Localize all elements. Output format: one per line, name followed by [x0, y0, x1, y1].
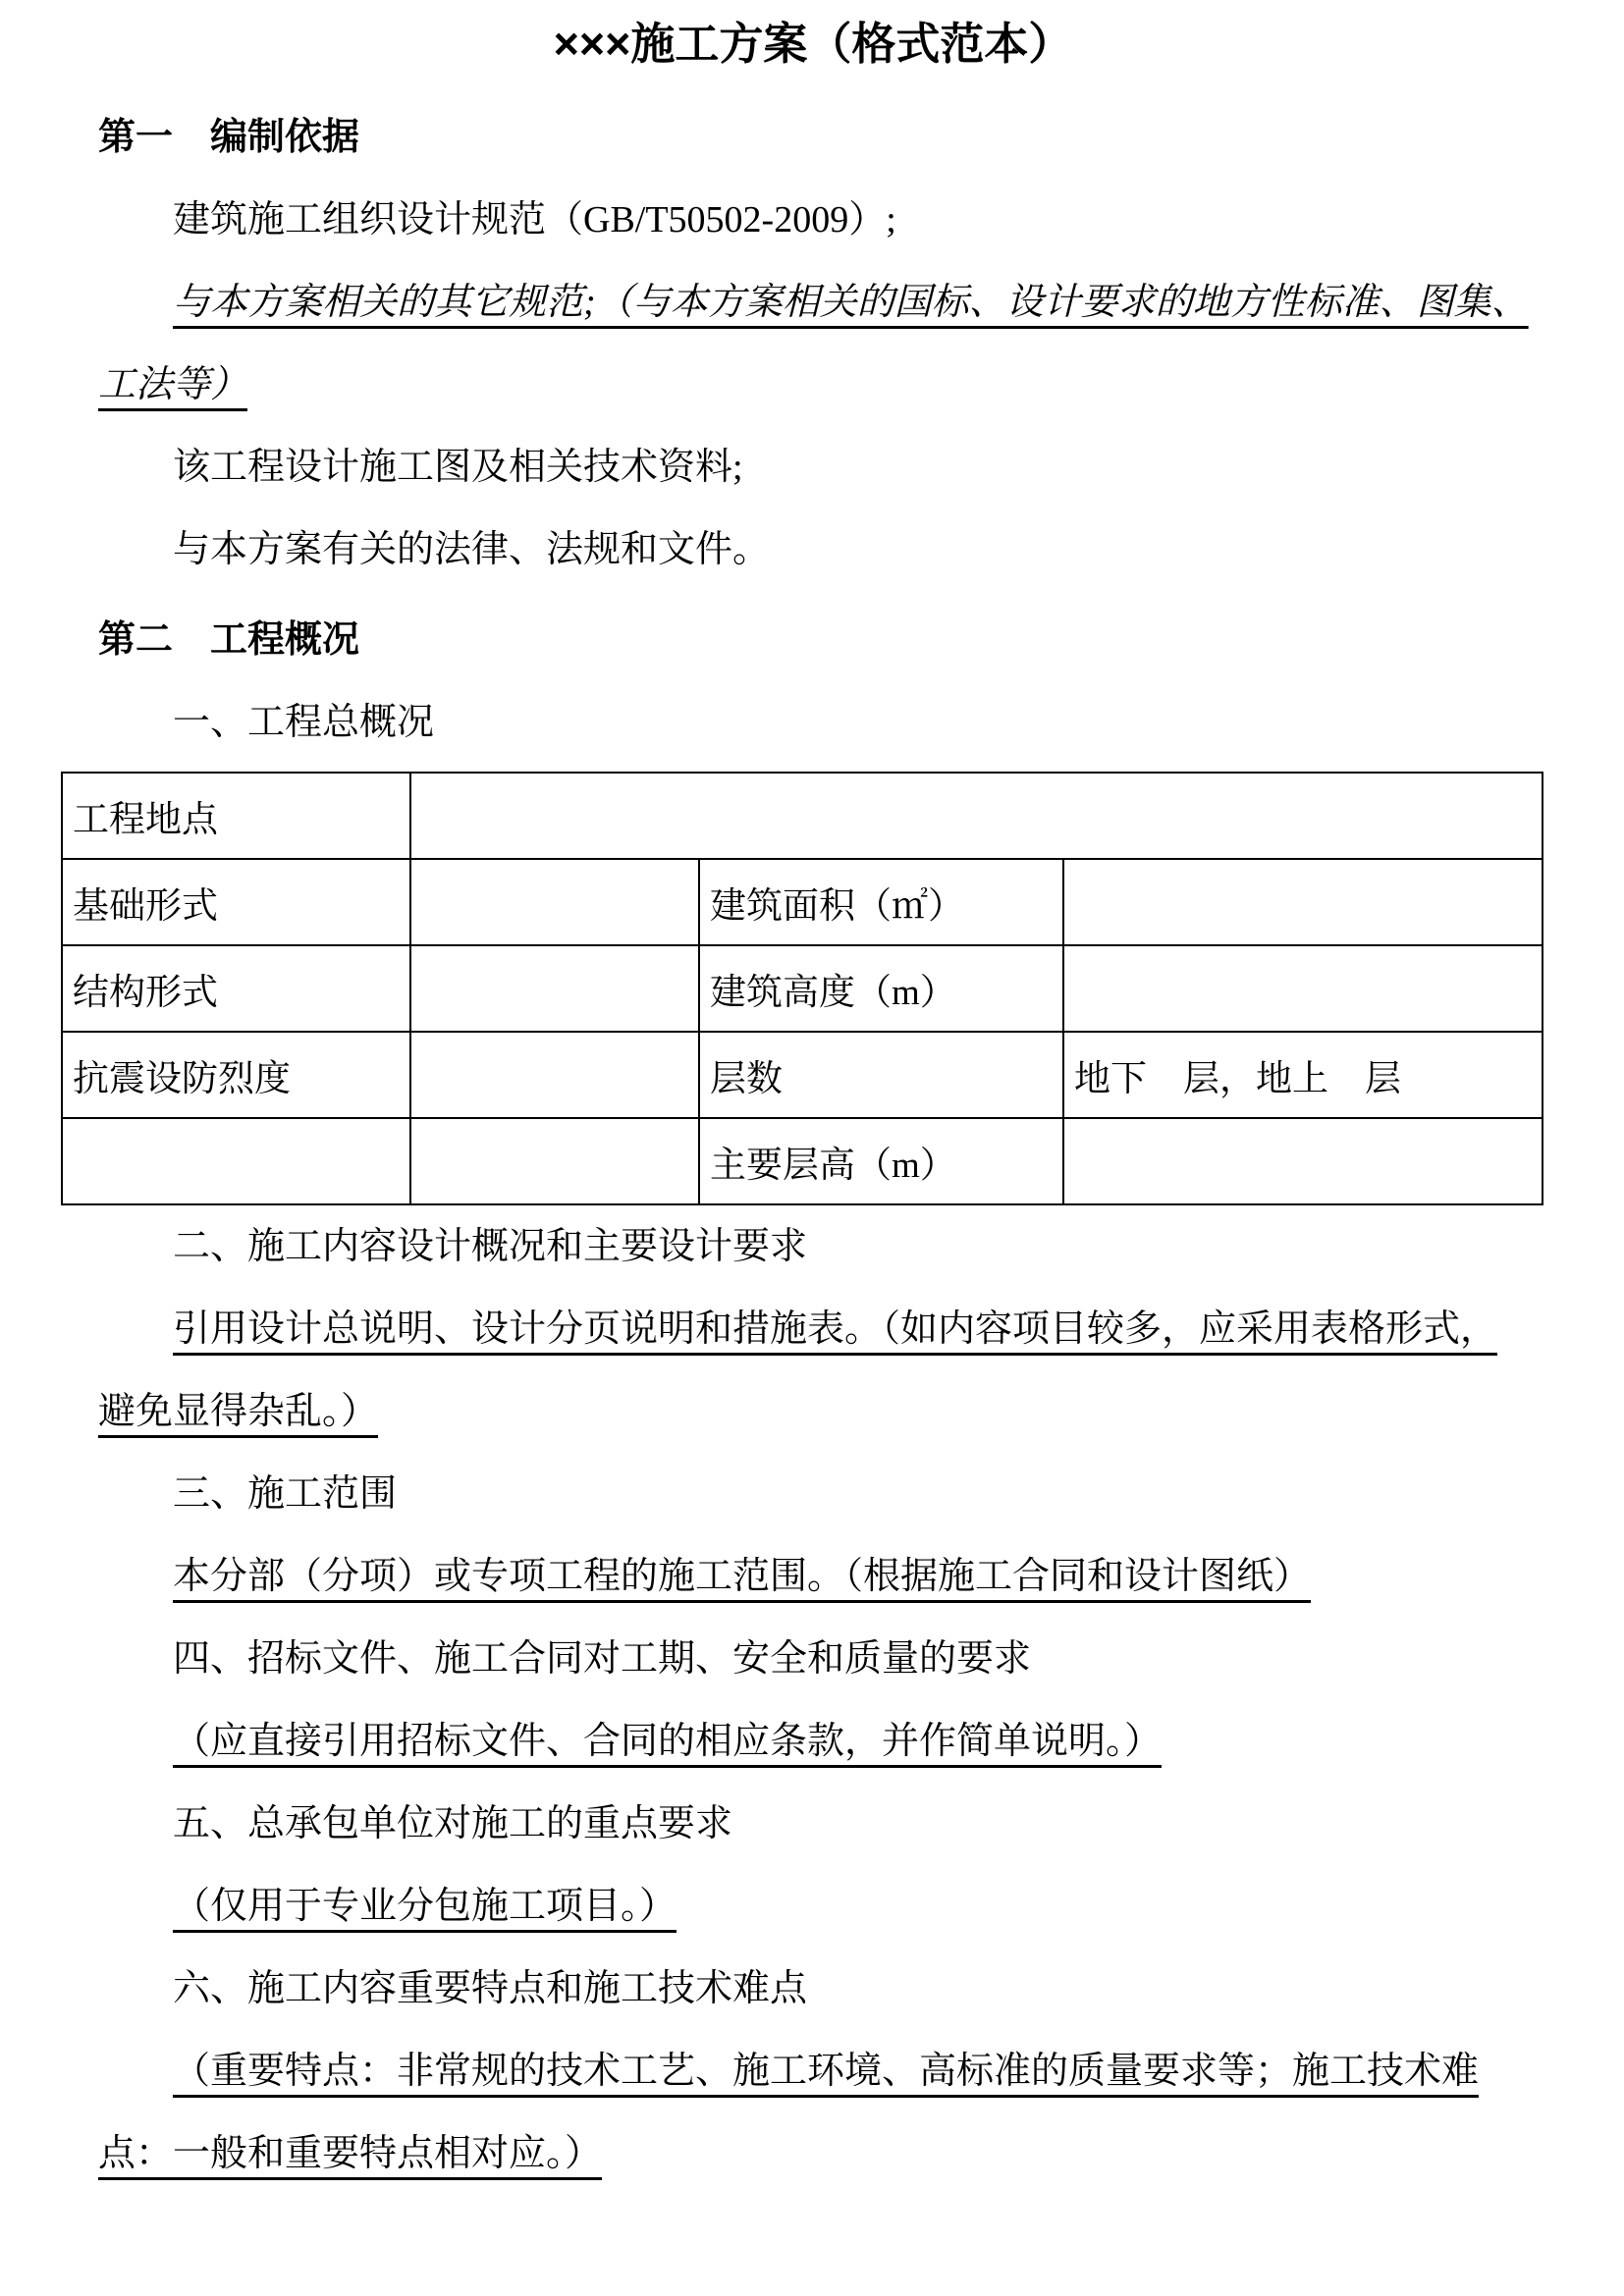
- para-item-4-bidding-requirements: 四、招标文件、施工合同对工期、安全和质量的要求: [98, 1618, 1528, 1700]
- para-item-3-note-text: 本分部（分项）或专项工程的施工范围。（根据施工合同和设计图纸）: [173, 1556, 1311, 1597]
- para-item-6-note-line-2: 点：一般和重要特点相对应。）: [98, 2112, 1528, 2195]
- para-item-6-key-features: 六、施工内容重要特点和施工技术难点: [98, 1948, 1528, 2030]
- para-related-standards-line-2: 工法等）: [98, 344, 1528, 426]
- table-cell-value: [410, 945, 699, 1032]
- para-design-drawings-text: 该工程设计施工图及相关技术资料;: [173, 447, 743, 488]
- heading-compilation-basis: 第一 编制依据: [98, 96, 1528, 179]
- para-item-4-note: （应直接引用招标文件、合同的相应条款，并作简单说明。）: [98, 1700, 1528, 1783]
- table-row: 结构形式 建筑高度（m）: [62, 945, 1543, 1032]
- document-title: ×××施工方案（格式范本）: [98, 8, 1528, 80]
- table-cell-value: 地下 层，地上 层: [1063, 1032, 1543, 1118]
- project-overview-table: 工程地点 基础形式 建筑面积（㎡） 结构形式 建筑高度（m） 抗震设防烈度: [61, 772, 1543, 1205]
- para-related-standards-text-1: 与本方案相关的其它规范;（与本方案相关的国标、设计要求的地方性标准、图集、: [173, 282, 1529, 323]
- project-overview-table-wrapper: 工程地点 基础形式 建筑面积（㎡） 结构形式 建筑高度（m） 抗震设防烈度: [61, 772, 1528, 1205]
- table-cell-value: [410, 773, 1543, 859]
- document-page: ×××施工方案（格式范本） 第一 编制依据 建筑施工组织设计规范（GB/T505…: [0, 0, 1624, 2296]
- heading-project-overview: 第二 工程概况: [98, 599, 1528, 681]
- para-item-2-note-text-2: 避免显得杂乱。）: [98, 1391, 378, 1432]
- para-item-2-text: 二、施工内容设计概况和主要设计要求: [173, 1226, 807, 1267]
- para-gb-standard-text: 建筑施工组织设计规范（GB/T50502-2009）;: [173, 199, 896, 240]
- table-cell-label: 结构形式: [62, 945, 410, 1032]
- para-item-2-note-text-1: 引用设计总说明、设计分页说明和措施表。（如内容项目较多，应采用表格形式，: [173, 1308, 1497, 1350]
- para-item-2-design-overview: 二、施工内容设计概况和主要设计要求: [98, 1205, 1528, 1288]
- para-item-6-text: 六、施工内容重要特点和施工技术难点: [173, 1968, 807, 2009]
- para-item-2-note-line-2: 避免显得杂乱。）: [98, 1370, 1528, 1453]
- para-item-4-text: 四、招标文件、施工合同对工期、安全和质量的要求: [173, 1638, 1031, 1680]
- para-item-5-note-text: （仅用于专业分包施工项目。）: [173, 1886, 677, 1927]
- para-item-2-note-line-1: 引用设计总说明、设计分页说明和措施表。（如内容项目较多，应采用表格形式，: [98, 1288, 1528, 1370]
- para-item-1-text: 一、工程总概况: [173, 702, 434, 743]
- table-cell-label: 抗震设防烈度: [62, 1032, 410, 1118]
- para-item-3-construction-scope: 三、施工范围: [98, 1453, 1528, 1535]
- table-cell-label: 主要层高（m）: [699, 1118, 1063, 1204]
- table-cell-label: 层数: [699, 1032, 1063, 1118]
- table-cell-label: 建筑面积（㎡）: [699, 859, 1063, 945]
- table-cell-value: [410, 859, 699, 945]
- para-item-6-note-text-1: （重要特点：非常规的技术工艺、施工环境、高标准的质量要求等；施工技术难: [173, 2051, 1479, 2092]
- para-laws-regulations: 与本方案有关的法律、法规和文件。: [98, 508, 1528, 591]
- para-item-3-text: 三、施工范围: [173, 1473, 397, 1515]
- table-cell-value: [1063, 859, 1543, 945]
- table-cell-label: 基础形式: [62, 859, 410, 945]
- table-cell-label: 建筑高度（m）: [699, 945, 1063, 1032]
- table-cell-value: [410, 1032, 699, 1118]
- para-item-6-note-line-1: （重要特点：非常规的技术工艺、施工环境、高标准的质量要求等；施工技术难: [98, 2030, 1528, 2112]
- para-related-standards-text-2: 工法等）: [98, 364, 247, 405]
- para-item-1-general-overview: 一、工程总概况: [98, 681, 1528, 764]
- para-item-5-note: （仅用于专业分包施工项目。）: [98, 1865, 1528, 1948]
- table-row: 工程地点: [62, 773, 1543, 859]
- para-item-3-note: 本分部（分项）或专项工程的施工范围。（根据施工合同和设计图纸）: [98, 1535, 1528, 1618]
- table-cell-value: [410, 1118, 699, 1204]
- table-cell-value: [62, 1118, 410, 1204]
- para-design-drawings: 该工程设计施工图及相关技术资料;: [98, 426, 1528, 508]
- table-cell-label: 工程地点: [62, 773, 410, 859]
- table-row: 基础形式 建筑面积（㎡）: [62, 859, 1543, 945]
- table-cell-value: [1063, 945, 1543, 1032]
- table-cell-value: [1063, 1118, 1543, 1204]
- para-item-4-note-text: （应直接引用招标文件、合同的相应条款，并作简单说明。）: [173, 1721, 1162, 1762]
- para-gb-standard: 建筑施工组织设计规范（GB/T50502-2009）;: [98, 179, 1528, 261]
- table-row: 抗震设防烈度 层数 地下 层，地上 层: [62, 1032, 1543, 1118]
- para-item-6-note-text-2: 点：一般和重要特点相对应。）: [98, 2133, 602, 2174]
- table-row: 主要层高（m）: [62, 1118, 1543, 1204]
- para-item-5-contractor-requirements: 五、总承包单位对施工的重点要求: [98, 1783, 1528, 1865]
- para-item-5-text: 五、总承包单位对施工的重点要求: [173, 1803, 732, 1844]
- para-related-standards-line-1: 与本方案相关的其它规范;（与本方案相关的国标、设计要求的地方性标准、图集、: [98, 261, 1528, 344]
- para-laws-regulations-text: 与本方案有关的法律、法规和文件。: [173, 529, 770, 570]
